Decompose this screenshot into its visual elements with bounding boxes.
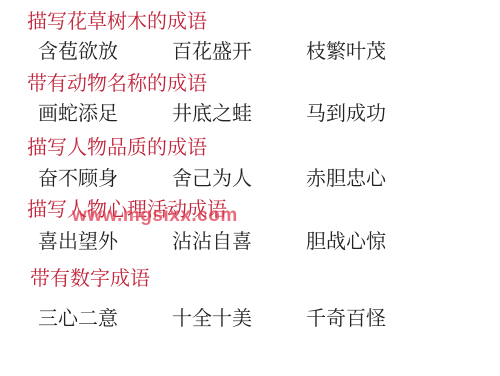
- idiom-item: 沾沾自喜: [172, 229, 252, 253]
- idiom-item: 十全十美: [172, 306, 252, 330]
- idiom-item: 千奇百怪: [306, 306, 386, 330]
- idiom-item: 百花盛开: [172, 39, 252, 63]
- section-heading-character: 描写人物品质的成语: [27, 135, 207, 159]
- idiom-item: 喜出望外: [38, 229, 118, 253]
- section-heading-animals: 带有动物名称的成语: [27, 71, 207, 95]
- section-heading-plants: 描写花草树木的成语: [27, 9, 207, 33]
- idiom-item: 马到成功: [306, 101, 386, 125]
- section-heading-numbers: 带有数字成语: [30, 266, 150, 290]
- idiom-item: 画蛇添足: [38, 101, 118, 125]
- idiom-item: 枝繁叶茂: [306, 39, 386, 63]
- idiom-item: 胆战心惊: [306, 229, 386, 253]
- idiom-item: 三心二意: [38, 306, 118, 330]
- idiom-item: 含苞欲放: [38, 39, 118, 63]
- idiom-item: 奋不顾身: [38, 166, 118, 190]
- watermark: www.mgsixx.com: [72, 205, 238, 227]
- idiom-item: 井底之蛙: [172, 101, 252, 125]
- idiom-item: 舍己为人: [172, 166, 252, 190]
- idiom-item: 赤胆忠心: [306, 166, 386, 190]
